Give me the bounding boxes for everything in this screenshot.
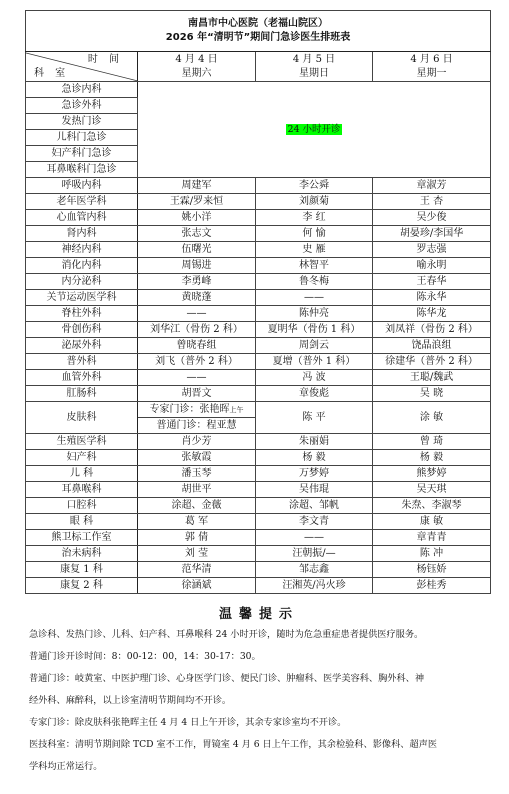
- day-date: 4 月 5 日: [256, 53, 372, 67]
- day2-cell: 章俊彪: [256, 386, 373, 402]
- dept-cell: 急诊外科: [26, 98, 138, 114]
- table-row: 心血管内科姚小洋李 红吴少俊: [26, 210, 491, 226]
- day1-cell: 黄晓蓬: [138, 290, 256, 306]
- day2-cell: 鲁冬梅: [256, 274, 373, 290]
- day-weekday: 星期日: [256, 67, 372, 81]
- day2-cell: 邹志鑫: [256, 562, 373, 578]
- day-header-2: 4 月 5 日 星期日: [256, 52, 373, 82]
- day2-cell: 陈 平: [256, 402, 373, 434]
- day1-cell: 张敏霞: [138, 450, 256, 466]
- day1-cell: 张志文: [138, 226, 256, 242]
- day1-cell: 刘华江（骨伤 2 科）: [138, 322, 256, 338]
- table-row: 眼 科葛 军李文青康 敏: [26, 514, 491, 530]
- table-row: 康复 1 科范华清邹志鑫杨钰娇: [26, 562, 491, 578]
- corner-time-label: 时 间: [88, 53, 123, 67]
- day1-cell: 姚小洋: [138, 210, 256, 226]
- day2-cell: 冯 波: [256, 370, 373, 386]
- tip-paragraph: 经外科、麻醉科，以上诊室清明节期间均不开诊。: [29, 695, 489, 707]
- day1-cell: ——: [138, 306, 256, 322]
- day1-cell: 胡晋文: [138, 386, 256, 402]
- document-title: 南昌市中心医院（老福山院区） 2026 年“清明节”期间门急诊医生排班表: [26, 11, 491, 52]
- table-row: 急诊内科 24 小时开诊: [26, 82, 491, 98]
- table-row: 脊柱外科——陈仲亮陈华龙: [26, 306, 491, 322]
- day1-cell: 周锡进: [138, 258, 256, 274]
- title-line-1: 南昌市中心医院（老福山院区）: [26, 17, 490, 31]
- dept-cell: 妇产科门急诊: [26, 146, 138, 162]
- day1-cell: 刘飞（普外 2 科）: [138, 354, 256, 370]
- day3-cell: 陈华龙: [373, 306, 491, 322]
- tips-heading: 温馨提示: [29, 603, 489, 621]
- day1-cell: 胡世平: [138, 482, 256, 498]
- table-row: 呼吸内科周建军李公舜章淑芳: [26, 178, 491, 194]
- dept-cell: 神经内科: [26, 242, 138, 258]
- day2-cell: ——: [256, 530, 373, 546]
- dept-cell: 血管外科: [26, 370, 138, 386]
- day2-cell: 李 红: [256, 210, 373, 226]
- table-row: 消化内科周锡进林智平喻永明: [26, 258, 491, 274]
- dept-cell: 耳鼻喉科: [26, 482, 138, 498]
- dept-cell: 骨创伤科: [26, 322, 138, 338]
- dept-cell: 口腔科: [26, 498, 138, 514]
- day2-cell: 李文青: [256, 514, 373, 530]
- day3-cell: 吴天琪: [373, 482, 491, 498]
- day3-cell: 彭桂秀: [373, 578, 491, 594]
- day2-cell: 吴伟琨: [256, 482, 373, 498]
- dept-cell: 老年医学科: [26, 194, 138, 210]
- day3-cell: 陈 冲: [373, 546, 491, 562]
- dept-cell: 发热门诊: [26, 114, 138, 130]
- day3-cell: 王聪/魏武: [373, 370, 491, 386]
- day2-cell: 涂超、邹帆: [256, 498, 373, 514]
- dept-cell: 熊卫标工作室: [26, 530, 138, 546]
- day3-cell: 刘凤祥（骨伤 2 科）: [373, 322, 491, 338]
- day3-cell: 饶晶浪组: [373, 338, 491, 354]
- day-date: 4 月 4 日: [138, 53, 255, 67]
- day3-cell: 杨钰娇: [373, 562, 491, 578]
- table-row: 妇产科张敏霞杨 毅杨 毅: [26, 450, 491, 466]
- dept-cell: 关节运动医学科: [26, 290, 138, 306]
- schedule-sheet: 南昌市中心医院（老福山院区） 2026 年“清明节”期间门急诊医生排班表 时 间…: [25, 10, 490, 594]
- day1-expert-cell: 专家门诊：张艳晖上午: [138, 402, 256, 418]
- day3-cell: 胡晏珍/李国华: [373, 226, 491, 242]
- day-header-3: 4 月 6 日 星期一: [373, 52, 491, 82]
- table-row: 康复 2 科徐涵斌汪湘英/冯火珍彭桂秀: [26, 578, 491, 594]
- day2-cell: 夏明华（骨伤 1 科）: [256, 322, 373, 338]
- dept-cell: 康复 1 科: [26, 562, 138, 578]
- day3-cell: 章青青: [373, 530, 491, 546]
- tip-paragraph: 普通门诊：岐黄室、中医护理门诊、心身医学门诊、便民门诊、肿瘤科、医学美容科、胸外…: [29, 673, 489, 685]
- day3-cell: 熊梦婷: [373, 466, 491, 482]
- table-row: 肛肠科胡晋文章俊彪吴 晓: [26, 386, 491, 402]
- dept-cell: 内分泌科: [26, 274, 138, 290]
- day1-cell: ——: [138, 370, 256, 386]
- day1-cell: 郭 倩: [138, 530, 256, 546]
- day1-general-cell: 普通门诊：程亚慧: [138, 418, 256, 434]
- day3-cell: 王 杏: [373, 194, 491, 210]
- day2-cell: 陈仲亮: [256, 306, 373, 322]
- day3-cell: 陈永华: [373, 290, 491, 306]
- day1-cell: 葛 军: [138, 514, 256, 530]
- dept-cell: 儿科门急诊: [26, 130, 138, 146]
- day1-cell: 李勇峰: [138, 274, 256, 290]
- title-line-2: 2026 年“清明节”期间门急诊医生排班表: [26, 31, 490, 45]
- day-weekday: 星期一: [373, 67, 490, 81]
- tip-paragraph: 学科均正常运行。: [29, 761, 489, 773]
- tip-paragraph: 专家门诊：除皮肤科张艳晖主任 4 月 4 日上午开诊，其余专家诊室均不开诊。: [29, 717, 489, 729]
- day2-cell: 朱丽娟: [256, 434, 373, 450]
- dept-cell: 耳鼻喉科门急诊: [26, 162, 138, 178]
- table-row: 生殖医学科肖少芳朱丽娟曾 琦: [26, 434, 491, 450]
- table-row: 治未病科刘 莹汪朝振/—陈 冲: [26, 546, 491, 562]
- day1-cell: 曾晓春组: [138, 338, 256, 354]
- day1-cell: 王霖/罗来恒: [138, 194, 256, 210]
- dept-cell: 呼吸内科: [26, 178, 138, 194]
- day1-cell: 刘 莹: [138, 546, 256, 562]
- day3-cell: 杨 毅: [373, 450, 491, 466]
- tip-paragraph: 急诊科、发热门诊、儿科、妇产科、耳鼻喉科 24 小时开诊，随时为危急重症患者提供…: [29, 629, 489, 641]
- table-row: 内分泌科李勇峰鲁冬梅王春华: [26, 274, 491, 290]
- emergency-merged-cell: 24 小时开诊: [138, 82, 491, 178]
- day2-cell: 汪湘英/冯火珍: [256, 578, 373, 594]
- day1-cell: 徐涵斌: [138, 578, 256, 594]
- tip-paragraph: 普通门诊开诊时间：8：00-12：00，14：30-17：30。: [29, 651, 489, 663]
- day3-cell: 王春华: [373, 274, 491, 290]
- day3-cell: 涂 敏: [373, 402, 491, 434]
- day-header-1: 4 月 4 日 星期六: [138, 52, 256, 82]
- dept-cell: 消化内科: [26, 258, 138, 274]
- day1-cell: 周建军: [138, 178, 256, 194]
- dept-cell: 急诊内科: [26, 82, 138, 98]
- title-row: 南昌市中心医院（老福山院区） 2026 年“清明节”期间门急诊医生排班表: [26, 11, 491, 52]
- table-row: 血管外科——冯 波王聪/魏武: [26, 370, 491, 386]
- tips-section: 温馨提示 急诊科、发热门诊、儿科、妇产科、耳鼻喉科 24 小时开诊，随时为危急重…: [29, 603, 489, 773]
- header-row: 时 间 科 室 4 月 4 日 星期六 4 月 5 日 星期日 4 月 6 日 …: [26, 52, 491, 82]
- dept-cell: 儿 科: [26, 466, 138, 482]
- day3-cell: 曾 琦: [373, 434, 491, 450]
- dept-cell: 生殖医学科: [26, 434, 138, 450]
- dept-cell: 脊柱外科: [26, 306, 138, 322]
- table-row: 耳鼻喉科胡世平吴伟琨吴天琪: [26, 482, 491, 498]
- day2-cell: 万梦婷: [256, 466, 373, 482]
- day3-cell: 徐建华（普外 2 科）: [373, 354, 491, 370]
- table-row: 儿 科潘玉琴万梦婷熊梦婷: [26, 466, 491, 482]
- day2-cell: 杨 毅: [256, 450, 373, 466]
- expert-clinic-text: 专家门诊：张艳晖: [150, 404, 230, 415]
- tip-paragraph: 医技科室：清明节期间除 TCD 室不工作，胃镜室 4 月 6 日上午工作，其余检…: [29, 739, 489, 751]
- day2-cell: 林智平: [256, 258, 373, 274]
- day3-cell: 喻永明: [373, 258, 491, 274]
- day3-cell: 吴 晓: [373, 386, 491, 402]
- table-row: 普外科刘飞（普外 2 科）夏增（普外 1 科）徐建华（普外 2 科）: [26, 354, 491, 370]
- dept-cell: 心血管内科: [26, 210, 138, 226]
- day3-cell: 朱焘、李淑琴: [373, 498, 491, 514]
- dept-cell: 康复 2 科: [26, 578, 138, 594]
- day2-cell: 夏增（普外 1 科）: [256, 354, 373, 370]
- day2-cell: 周剑云: [256, 338, 373, 354]
- day2-cell: 史 雁: [256, 242, 373, 258]
- day1-cell: 肖少芳: [138, 434, 256, 450]
- dept-cell: 妇产科: [26, 450, 138, 466]
- day-weekday: 星期六: [138, 67, 255, 81]
- schedule-table: 南昌市中心医院（老福山院区） 2026 年“清明节”期间门急诊医生排班表 时 间…: [25, 10, 491, 594]
- day1-cell: 范华清: [138, 562, 256, 578]
- table-row: 熊卫标工作室郭 倩——章青青: [26, 530, 491, 546]
- dept-cell: 眼 科: [26, 514, 138, 530]
- dept-cell: 肾内科: [26, 226, 138, 242]
- open-24h-badge: 24 小时开诊: [286, 124, 341, 135]
- dept-cell: 肛肠科: [26, 386, 138, 402]
- day1-cell: 伍曙光: [138, 242, 256, 258]
- day-date: 4 月 6 日: [373, 53, 490, 67]
- table-row: 口腔科涂超、金薇涂超、邹帆朱焘、李淑琴: [26, 498, 491, 514]
- day1-cell: 涂超、金薇: [138, 498, 256, 514]
- dept-cell: 治未病科: [26, 546, 138, 562]
- table-row: 关节运动医学科黄晓蓬——陈永华: [26, 290, 491, 306]
- day1-cell: 潘玉琴: [138, 466, 256, 482]
- day2-cell: 刘颜菊: [256, 194, 373, 210]
- table-row: 神经内科伍曙光史 雁罗志强: [26, 242, 491, 258]
- day2-cell: 李公舜: [256, 178, 373, 194]
- dept-cell: 泌尿外科: [26, 338, 138, 354]
- corner-dept-label: 科 室: [34, 67, 69, 81]
- day2-cell: ——: [256, 290, 373, 306]
- table-row: 老年医学科王霖/罗来恒刘颜菊王 杏: [26, 194, 491, 210]
- day3-cell: 章淑芳: [373, 178, 491, 194]
- table-row-dermatology: 皮肤科 专家门诊：张艳晖上午 陈 平 涂 敏: [26, 402, 491, 418]
- table-row: 泌尿外科曾晓春组周剑云饶晶浪组: [26, 338, 491, 354]
- day2-cell: 何 愉: [256, 226, 373, 242]
- table-row: 肾内科张志文何 愉胡晏珍/李国华: [26, 226, 491, 242]
- corner-header-cell: 时 间 科 室: [26, 52, 138, 82]
- dept-cell: 皮肤科: [26, 402, 138, 434]
- day3-cell: 康 敏: [373, 514, 491, 530]
- day3-cell: 吴少俊: [373, 210, 491, 226]
- dept-cell: 普外科: [26, 354, 138, 370]
- table-row: 骨创伤科刘华江（骨伤 2 科）夏明华（骨伤 1 科）刘凤祥（骨伤 2 科）: [26, 322, 491, 338]
- day2-cell: 汪朝振/—: [256, 546, 373, 562]
- morning-note: 上午: [230, 406, 244, 414]
- day3-cell: 罗志强: [373, 242, 491, 258]
